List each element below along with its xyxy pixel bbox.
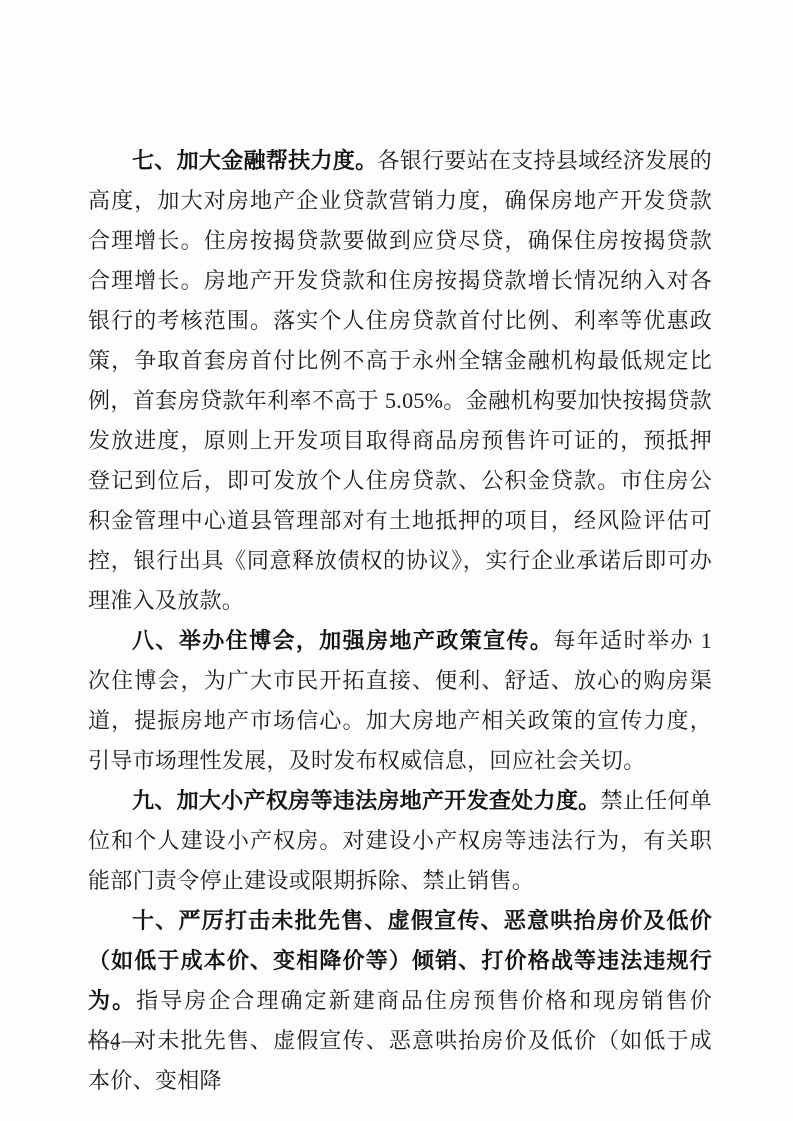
document-body: 七、加大金融帮扶力度。各银行要站在支持县域经济发展的高度，加大对房地产企业贷款营…: [88, 141, 712, 1101]
paragraph-8: 八、举办住博会，加强房地产政策宣传。每年适时举办 1 次住博会，为广大市民开拓直…: [88, 621, 712, 781]
page-number: —4—: [88, 1026, 144, 1054]
paragraph-8-heading: 八、举办住博会，加强房地产政策宣传。: [132, 628, 553, 653]
paragraph-9-heading: 九、加大小产权房等违法房地产开发查处力度。: [132, 788, 600, 813]
paragraph-10-text: 指导房企合理确定新建商品住房预售价格和现房销售价格。对未批先售、虚假宣传、恶意哄…: [88, 988, 712, 1093]
paragraph-9: 九、加大小产权房等违法房地产开发查处力度。禁止任何单位和个人建设小产权房。对建设…: [88, 781, 712, 901]
paragraph-10: 十、严厉打击未批先售、虚假宣传、恶意哄抬房价及低价（如低于成本价、变相降价等）倾…: [88, 901, 712, 1101]
paragraph-7-heading: 七、加大金融帮扶力度。: [132, 148, 377, 173]
paragraph-7-text: 各银行要站在支持县域经济发展的高度，加大对房地产企业贷款营销力度，确保房地产开发…: [88, 148, 712, 613]
document-page: 七、加大金融帮扶力度。各银行要站在支持县域经济发展的高度，加大对房地产企业贷款营…: [0, 0, 793, 1121]
paragraph-7: 七、加大金融帮扶力度。各银行要站在支持县域经济发展的高度，加大对房地产企业贷款营…: [88, 141, 712, 621]
